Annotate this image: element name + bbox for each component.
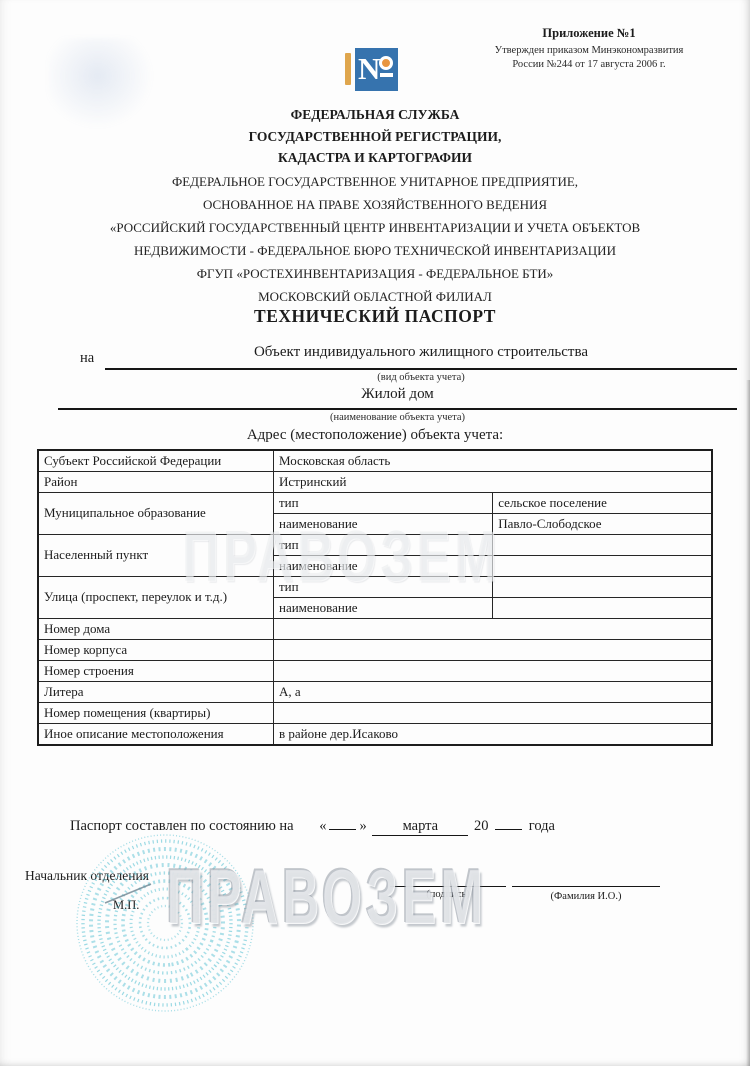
row-label: Улица (проспект, переулок и т.д.) xyxy=(38,577,274,619)
logo-numero-underline xyxy=(380,73,393,77)
document-title: ТЕХНИЧЕСКИЙ ПАСПОРТ xyxy=(0,306,750,327)
agency-header: ФЕДЕРАЛЬНАЯ СЛУЖБА ГОСУДАРСТВЕННОЙ РЕГИС… xyxy=(0,104,750,169)
table-row: Улица (проспект, переулок и т.д.) тип xyxy=(38,577,712,598)
scan-edge-shadow xyxy=(746,380,750,1066)
quote-open: « xyxy=(319,818,326,834)
row-value xyxy=(274,661,713,682)
appendix-title: Приложение №1 xyxy=(464,26,714,41)
row-label: Номер дома xyxy=(38,619,274,640)
signature-caption: (подпись) xyxy=(378,889,518,900)
row-label: Муниципальное образование xyxy=(38,493,274,535)
table-row: Населенный пункт тип xyxy=(38,535,712,556)
row-value: Истринский xyxy=(274,472,713,493)
technical-passport-page: Приложение №1 Утвержден приказом Минэкон… xyxy=(0,0,750,1066)
address-heading: Адрес (местоположение) объекта учета: xyxy=(0,427,750,444)
row-sublabel: наименование xyxy=(274,598,493,619)
row-label: Номер помещения (квартиры) xyxy=(38,703,274,724)
enterprise-header-line: ФГУП «РОСТЕХИНВЕНТАРИЗАЦИЯ - ФЕДЕРАЛЬНОЕ… xyxy=(0,262,750,285)
table-row: Иное описание местоположения в районе де… xyxy=(38,724,712,746)
agency-header-line: ГОСУДАРСТВЕННОЙ РЕГИСТРАЦИИ, xyxy=(0,126,750,148)
object-name-field: Жилой дом xyxy=(58,386,737,410)
logo-numero-circle-icon xyxy=(379,56,393,70)
row-value xyxy=(493,598,712,619)
row-value: Павло-Слободское xyxy=(493,514,712,535)
enterprise-header-line: ФЕДЕРАЛЬНОЕ ГОСУДАРСТВЕННОЕ УНИТАРНОЕ ПР… xyxy=(0,170,750,193)
row-value: сельское поселение xyxy=(493,493,712,514)
table-row: Номер строения xyxy=(38,661,712,682)
row-value: Московская область xyxy=(274,450,713,472)
address-table: Субъект Российской Федерации Московская … xyxy=(37,449,713,746)
row-sublabel: наименование xyxy=(274,514,493,535)
table-row: Муниципальное образование тип сельское п… xyxy=(38,493,712,514)
row-label: Субъект Российской Федерации xyxy=(38,450,274,472)
logo-blue-square: N xyxy=(355,48,398,91)
row-value xyxy=(493,535,712,556)
row-value xyxy=(493,577,712,598)
table-row: Субъект Российской Федерации Московская … xyxy=(38,450,712,472)
agency-header-line: КАДАСТРА И КАРТОГРАФИИ xyxy=(0,147,750,169)
appendix-approval-line-2: России №244 от 17 августа 2006 г. xyxy=(464,58,714,72)
enterprise-header-line: «РОССИЙСКИЙ ГОСУДАРСТВЕННЫЙ ЦЕНТР ИНВЕНТ… xyxy=(0,216,750,239)
row-value: в районе дер.Исаково xyxy=(274,724,713,746)
row-value xyxy=(274,619,713,640)
name-line xyxy=(512,868,660,887)
year-prefix: 20 xyxy=(474,818,489,834)
object-type-caption: (вид объекта учета) xyxy=(105,372,737,383)
agency-header-line: ФЕДЕРАЛЬНАЯ СЛУЖБА xyxy=(0,104,750,126)
object-name-caption: (наименование объекта учета) xyxy=(58,412,737,423)
enterprise-header: ФЕДЕРАЛЬНОЕ ГОСУДАРСТВЕННОЕ УНИТАРНОЕ ПР… xyxy=(0,170,750,308)
table-row: Номер корпуса xyxy=(38,640,712,661)
row-value xyxy=(274,640,713,661)
table-row: Район Истринский xyxy=(38,472,712,493)
row-value xyxy=(493,556,712,577)
month-field: марта xyxy=(372,818,468,836)
quote-close: » xyxy=(359,818,366,834)
round-stamp xyxy=(73,831,257,1015)
row-sublabel: наименование xyxy=(274,556,493,577)
year-blank-field xyxy=(495,815,522,830)
object-type-field: Объект индивидуального жилищного строите… xyxy=(105,344,737,370)
table-row: Литера А, а xyxy=(38,682,712,703)
row-label: Иное описание местоположения xyxy=(38,724,274,746)
table-row: Номер дома xyxy=(38,619,712,640)
signature-line xyxy=(390,868,506,887)
enterprise-header-line: ОСНОВАННОЕ НА ПРАВЕ ХОЗЯЙСТВЕННОГО ВЕДЕН… xyxy=(0,193,750,216)
row-label: Литера xyxy=(38,682,274,703)
row-value xyxy=(274,703,713,724)
year-suffix: года xyxy=(529,818,555,834)
logo-orange-bar xyxy=(345,53,351,85)
enterprise-header-line: НЕДВИЖИМОСТИ - ФЕДЕРАЛЬНОЕ БЮРО ТЕХНИЧЕС… xyxy=(0,239,750,262)
row-label: Населенный пункт xyxy=(38,535,274,577)
table-row: Номер помещения (квартиры) xyxy=(38,703,712,724)
appendix-approval-line-1: Утвержден приказом Минэкономразвития xyxy=(464,44,714,58)
row-sublabel: тип xyxy=(274,535,493,556)
row-sublabel: тип xyxy=(274,577,493,598)
name-caption: (Фамилия И.О.) xyxy=(512,891,660,902)
logo-letter-n: N xyxy=(358,51,380,87)
appendix-note: Приложение №1 Утвержден приказом Минэкон… xyxy=(464,26,714,71)
bti-number-logo: N xyxy=(345,46,401,94)
row-sublabel: тип xyxy=(274,493,493,514)
object-prefix-label: на xyxy=(80,350,94,367)
day-blank-field xyxy=(329,815,356,830)
enterprise-header-line: МОСКОВСКИЙ ОБЛАСТНОЙ ФИЛИАЛ xyxy=(0,285,750,308)
row-label: Район xyxy=(38,472,274,493)
row-value: А, а xyxy=(274,682,713,703)
row-label: Номер корпуса xyxy=(38,640,274,661)
row-label: Номер строения xyxy=(38,661,274,682)
